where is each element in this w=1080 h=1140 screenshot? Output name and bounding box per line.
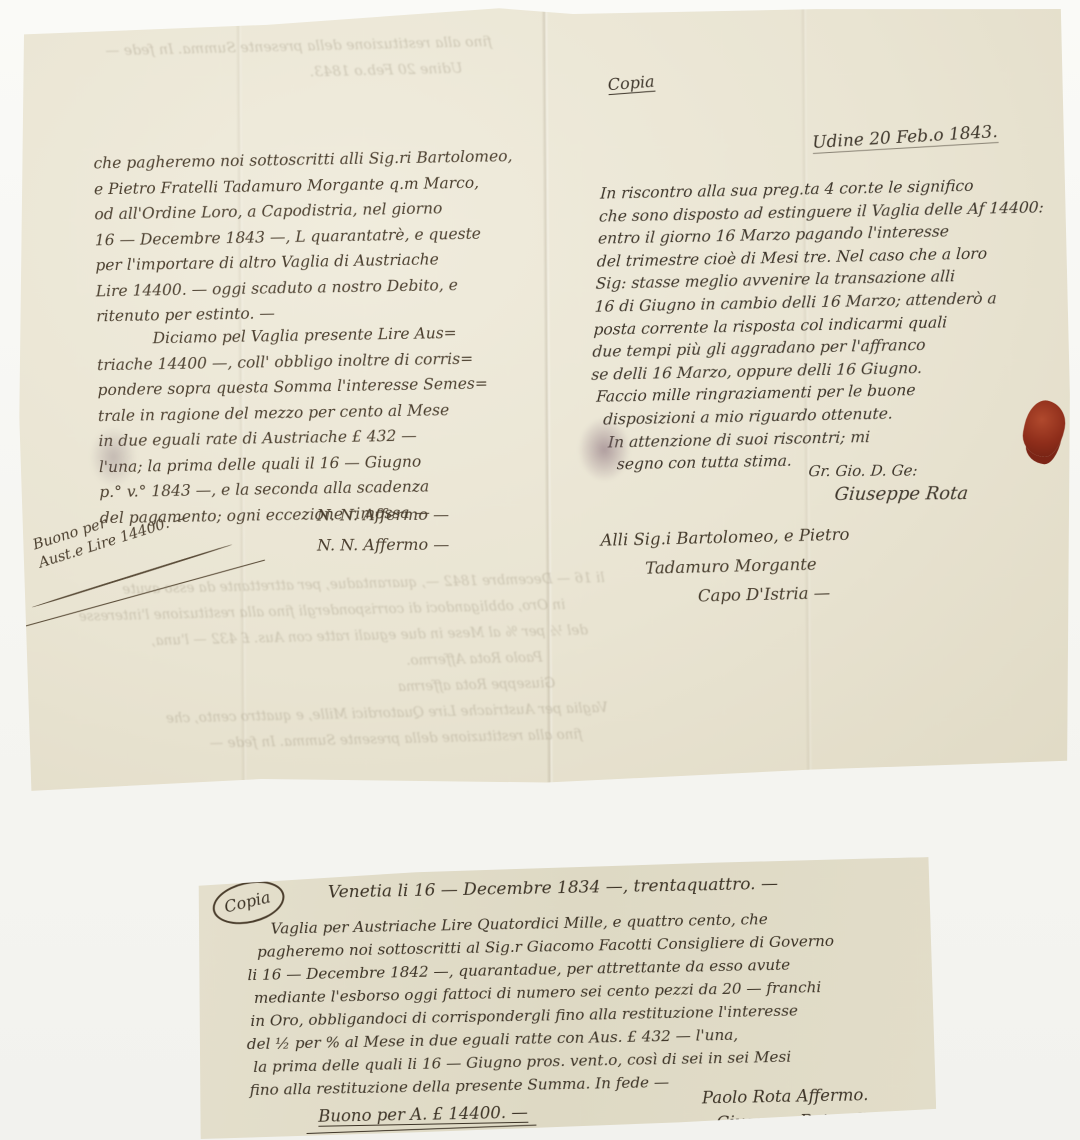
ink-stain [578,417,630,481]
buono-per-amount: Buono per A. £ 14400. — [318,1103,528,1127]
letter-dateline: Udine 20 Feb.o 1843. [812,122,999,154]
affirmation-signature-2: N. N. Affermo — [317,534,507,554]
copy-label: Copia [607,72,655,96]
closing-abbreviation: Gr. Gio. D. Ge: [808,461,919,480]
bleed-through-text: fino alla restituzione della presente Su… [105,29,493,90]
paper-stain [90,427,136,487]
bleed-through-text: li 16 — Decembre 1842 —, quarantadue, pe… [78,565,609,760]
affirmation-signature-1: N. N. Affermo — [317,504,507,524]
slip-signatures: Paolo Rota Affermo. Giuseppe Rota afferm… [702,1081,909,1135]
promissory-note-slip: Copia Venetia li 16 — Decembre 1834 —, t… [195,857,936,1139]
right-page-letter-body: In riscontro alla sua preg.ta 4 cor.te l… [586,173,1045,476]
left-page-paragraph-1: che pagheremo noi sottoscritti alli Sig.… [93,144,515,330]
slip-body-text: Vaglia per Austriache Lire Quatordici Mi… [270,907,836,1102]
slip-dateline: Venetia li 16 — Decembre 1834 —, trentaq… [328,874,778,903]
giuseppe-rota-signature: Giuseppe Rota afferma [702,1106,909,1135]
folded-letter-sheet: fino alla restituzione della presente Su… [13,0,1074,795]
address-block: Alli Sig.i Bartolomeo, e Pietro Tadamuro… [600,520,851,613]
giuseppe-rota-signature: Giuseppe Rota [834,483,969,505]
